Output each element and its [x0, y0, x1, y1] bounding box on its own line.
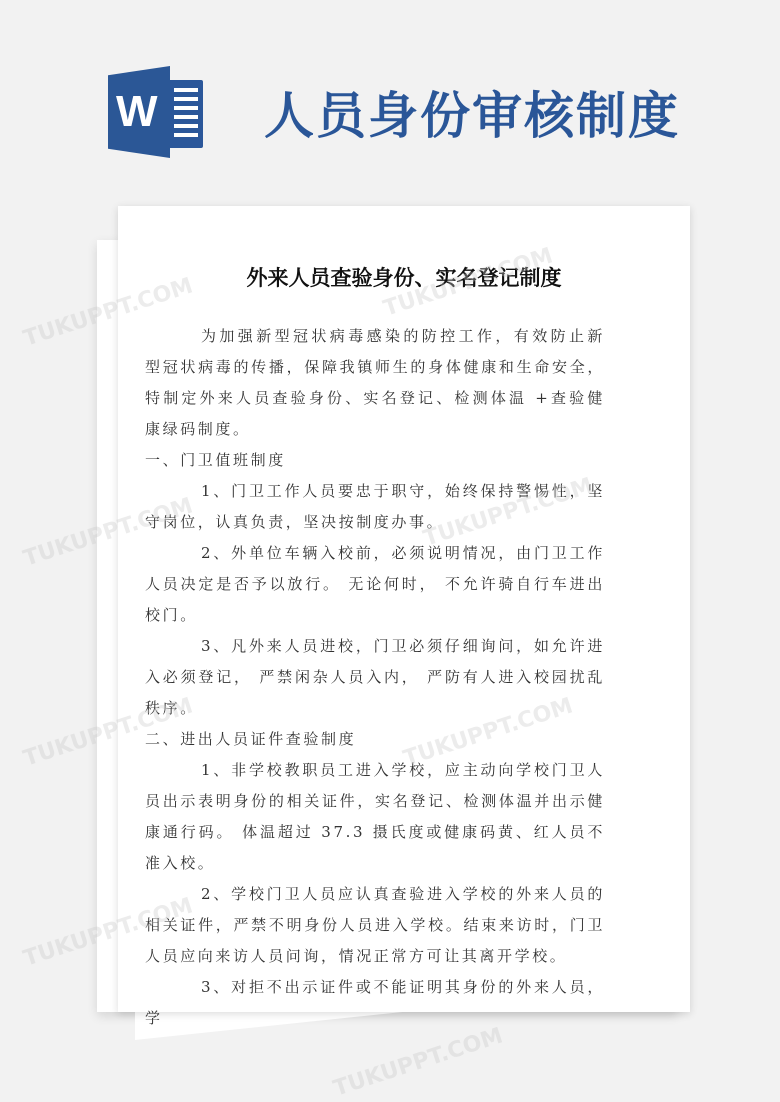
section-heading-id-check: 二、进出人员证件查验制度 — [145, 724, 605, 755]
gate-duty-item-3: 3、凡外来人员进校，门卫必须仔细询问，如允许进入必须登记， 严禁闲杂人员入内， … — [145, 631, 605, 724]
banner-title: 人员身份审核制度 — [264, 76, 680, 148]
document-body: 为加强新型冠状病毒感染的防控工作，有效防止新型冠状病毒的传播，保障我镇师生的身体… — [145, 321, 605, 1034]
id-check-item-3: 3、对拒不出示证件或不能证明其身份的外来人员，学 — [145, 972, 605, 1034]
header-banner: W 人员身份审核制度 — [108, 66, 680, 158]
document-lines-icon — [168, 80, 203, 148]
document-title: 外来人员查验身份、实名登记制度 — [118, 262, 690, 292]
watermark: TUKUPPT.COM — [330, 1023, 506, 1101]
gate-duty-item-2: 2、外单位车辆入校前，必须说明情况，由门卫工作人员决定是否予以放行。 无论何时，… — [145, 538, 605, 631]
word-cover-icon: W — [108, 66, 170, 158]
word-document-icon: W — [108, 66, 206, 158]
document-page: 外来人员查验身份、实名登记制度 为加强新型冠状病毒感染的防控工作，有效防止新型冠… — [118, 206, 690, 1012]
id-check-item-1: 1、非学校教职员工进入学校，应主动向学校门卫人员出示表明身份的相关证件，实名登记… — [145, 755, 605, 879]
intro-paragraph: 为加强新型冠状病毒感染的防控工作，有效防止新型冠状病毒的传播，保障我镇师生的身体… — [145, 321, 605, 445]
gate-duty-item-1: 1、门卫工作人员要忠于职守，始终保持警惕性，坚守岗位，认真负责，坚决按制度办事。 — [145, 476, 605, 538]
id-check-item-2: 2、学校门卫人员应认真查验进入学校的外来人员的相关证件，严禁不明身份人员进入学校… — [145, 879, 605, 972]
word-letter: W — [116, 90, 158, 134]
section-heading-gate-duty: 一、门卫值班制度 — [145, 445, 605, 476]
